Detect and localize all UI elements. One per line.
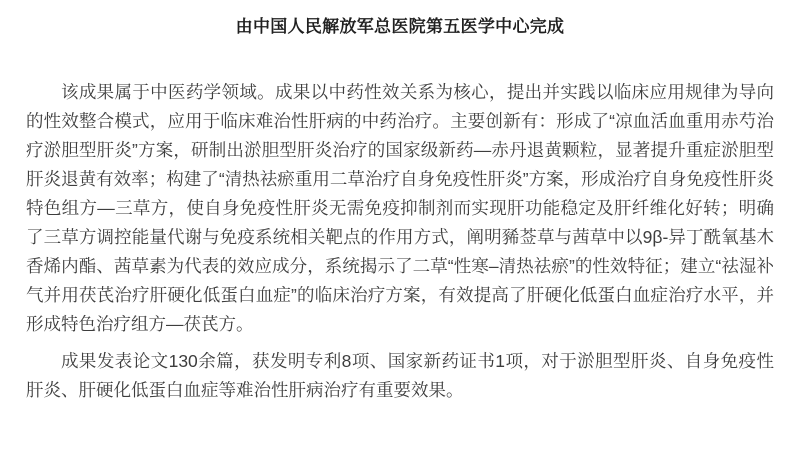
document-page: 由中国人民解放军总医院第五医学中心完成 该成果属于中医药学领域。成果以中药性效关… [0, 0, 800, 474]
page-title: 由中国人民解放军总医院第五医学中心完成 [0, 16, 800, 38]
paragraph-results: 成果发表论文130余篇，获发明专利8项、国家新药证书1项，对于淤胆型肝炎、自身免… [26, 347, 774, 405]
paragraph-main: 该成果属于中医药学领域。成果以中药性效关系为核心，提出并实践以临床应用规律为导向… [26, 78, 774, 339]
article-body: 该成果属于中医药学领域。成果以中药性效关系为核心，提出并实践以临床应用规律为导向… [26, 78, 774, 405]
